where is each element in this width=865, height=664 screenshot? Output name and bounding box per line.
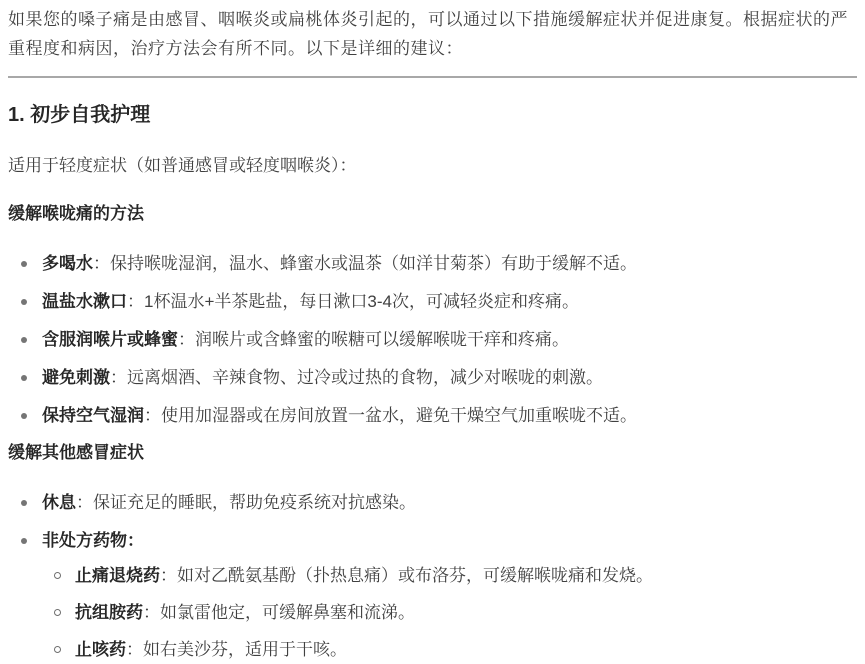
nested-list-item: 抗组胺药：如氯雷他定，可缓解鼻塞和流涕。 <box>42 601 857 625</box>
item-term: 保持空气湿润 <box>42 406 144 425</box>
subheading-throat-relief: 缓解喉咙痛的方法 <box>8 203 857 224</box>
item-desc: ：1杯温水+半茶匙盐，每日漱口3-4次，可减轻炎症和疼痛。 <box>127 292 579 311</box>
otc-medication-list: 止痛退烧药：如对乙酰氨基酚（扑热息痛）或布洛芬，可缓解喉咙痛和发烧。 抗组胺药：… <box>42 564 857 662</box>
list-item: 温盐水漱口：1杯温水+半茶匙盐，每日漱口3-4次，可减轻炎症和疼痛。 <box>8 290 857 314</box>
item-term: 止咳药 <box>75 640 126 659</box>
item-desc: ：保持喉咙湿润，温水、蜂蜜水或温茶（如洋甘菊茶）有助于缓解不适。 <box>93 254 637 273</box>
circle-bullet-icon <box>54 646 61 653</box>
list-item: 休息：保证充足的睡眠，帮助免疫系统对抗感染。 <box>8 491 857 515</box>
list-item: 多喝水：保持喉咙湿润，温水、蜂蜜水或温茶（如洋甘菊茶）有助于缓解不适。 <box>8 252 857 276</box>
list-item: 含服润喉片或蜂蜜：润喉片或含蜂蜜的喉糖可以缓解喉咙干痒和疼痛。 <box>8 328 857 352</box>
item-desc: ：如氯雷他定，可缓解鼻塞和流涕。 <box>143 603 415 622</box>
list-item: 避免刺激：远离烟酒、辛辣食物、过冷或过热的食物，减少对喉咙的刺激。 <box>8 366 857 390</box>
section-subtitle: 适用于轻度症状（如普通感冒或轻度咽喉炎）： <box>8 151 857 180</box>
item-term: 休息 <box>42 493 76 512</box>
disc-bullet-icon <box>21 375 27 381</box>
item-term: 含服润喉片或蜂蜜 <box>42 330 178 349</box>
circle-bullet-icon <box>54 609 61 616</box>
item-term: 温盐水漱口 <box>42 292 127 311</box>
list-item: 保持空气湿润：使用加湿器或在房间放置一盆水，避免干燥空气加重喉咙不适。 <box>8 404 857 428</box>
section-divider <box>8 76 857 78</box>
list-item: 非处方药物： 止痛退烧药：如对乙酰氨基酚（扑热息痛）或布洛芬，可缓解喉咙痛和发烧… <box>8 529 857 662</box>
intro-paragraph: 如果您的嗓子痛是由感冒、咽喉炎或扁桃体炎引起的，可以通过以下措施缓解症状并促进康… <box>8 5 857 63</box>
disc-bullet-icon <box>21 538 27 544</box>
subheading-other-cold-symptoms: 缓解其他感冒症状 <box>8 442 857 463</box>
circle-bullet-icon <box>54 572 61 579</box>
document-page: 如果您的嗓子痛是由感冒、咽喉炎或扁桃体炎引起的，可以通过以下措施缓解症状并促进康… <box>0 0 865 664</box>
item-desc: ：远离烟酒、辛辣食物、过冷或过热的食物，减少对喉咙的刺激。 <box>110 368 603 387</box>
disc-bullet-icon <box>21 261 27 267</box>
section-heading: 1. 初步自我护理 <box>8 103 857 127</box>
disc-bullet-icon <box>21 299 27 305</box>
nested-list-item: 止咳药：如右美沙芬，适用于干咳。 <box>42 638 857 662</box>
item-desc: ：使用加湿器或在房间放置一盆水，避免干燥空气加重喉咙不适。 <box>144 406 637 425</box>
item-desc: ：如右美沙芬，适用于干咳。 <box>126 640 347 659</box>
item-term: 避免刺激 <box>42 368 110 387</box>
item-term: 多喝水 <box>42 254 93 273</box>
disc-bullet-icon <box>21 500 27 506</box>
cold-symptoms-list: 休息：保证充足的睡眠，帮助免疫系统对抗感染。 非处方药物： 止痛退烧药：如对乙酰… <box>8 491 857 662</box>
item-term: 非处方药物 <box>42 531 127 550</box>
nested-list-item: 止痛退烧药：如对乙酰氨基酚（扑热息痛）或布洛芬，可缓解喉咙痛和发烧。 <box>42 564 857 588</box>
disc-bullet-icon <box>21 413 27 419</box>
throat-relief-list: 多喝水：保持喉咙湿润，温水、蜂蜜水或温茶（如洋甘菊茶）有助于缓解不适。 温盐水漱… <box>8 252 857 428</box>
item-desc: ：保证充足的睡眠，帮助免疫系统对抗感染。 <box>76 493 416 512</box>
item-term: 止痛退烧药 <box>75 566 160 585</box>
item-desc: ：润喉片或含蜂蜜的喉糖可以缓解喉咙干痒和疼痛。 <box>178 330 569 349</box>
disc-bullet-icon <box>21 337 27 343</box>
item-desc: ：如对乙酰氨基酚（扑热息痛）或布洛芬，可缓解喉咙痛和发烧。 <box>160 566 653 585</box>
item-desc: ： <box>127 531 144 550</box>
item-term: 抗组胺药 <box>75 603 143 622</box>
